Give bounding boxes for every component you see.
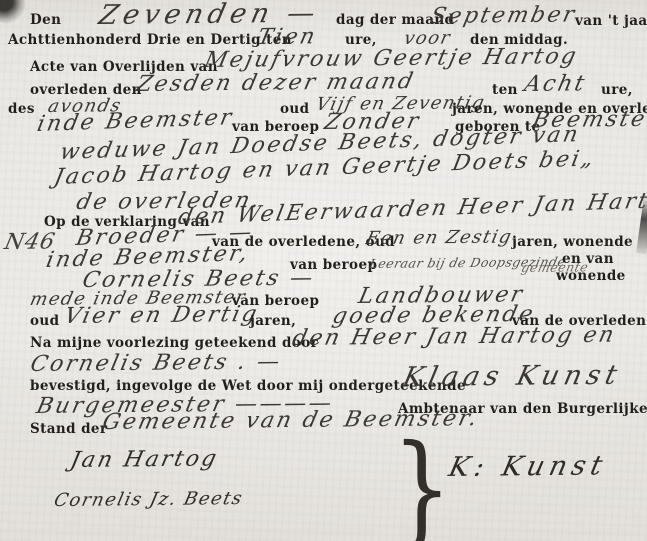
form-label-jaren-wonende-2: jaren, wonende <box>512 234 633 250</box>
entry-declarant1-age: Een en Zestig <box>364 226 514 249</box>
form-label-van-t-jaar: van 't jaar <box>575 13 647 29</box>
signature-cornelis-beets: Cornelis Jz. Beets <box>52 488 245 511</box>
form-label-ure-2: ure, <box>601 82 633 98</box>
form-label-stand-der: Stand der <box>30 421 107 437</box>
entry-official-name: Klaas Kunst <box>400 360 625 393</box>
form-label-year: Achttienhonderd Drie en Dertig ten <box>8 32 292 48</box>
death-record-scan: Den Zevenden — dag der maand September v… <box>0 0 647 541</box>
form-label-oud: oud <box>280 101 309 117</box>
entry-death-hour: Acht <box>522 71 589 97</box>
entry-declarant2-age: Vier en Dertig <box>62 302 261 329</box>
form-label-den: Den <box>30 12 61 28</box>
form-label-oud-2: oud <box>30 313 59 329</box>
form-label-jaren: jaren, <box>250 313 296 329</box>
entry-signed-by-cont: Cornelis Beets . — <box>28 349 285 377</box>
entry-signed-by: den Heer Jan Hartog en <box>290 323 619 351</box>
form-label-ten: ten <box>492 82 518 98</box>
ink-smudge-top-left <box>0 0 26 24</box>
form-label-wonende: wonende <box>556 268 626 284</box>
form-label-des: des <box>8 101 35 117</box>
signature-official: K: Kunst <box>446 450 610 483</box>
entry-month: September <box>428 2 579 29</box>
signature-brace: } <box>392 428 452 541</box>
signature-jan-hartog: Jan Hartog <box>68 446 221 473</box>
